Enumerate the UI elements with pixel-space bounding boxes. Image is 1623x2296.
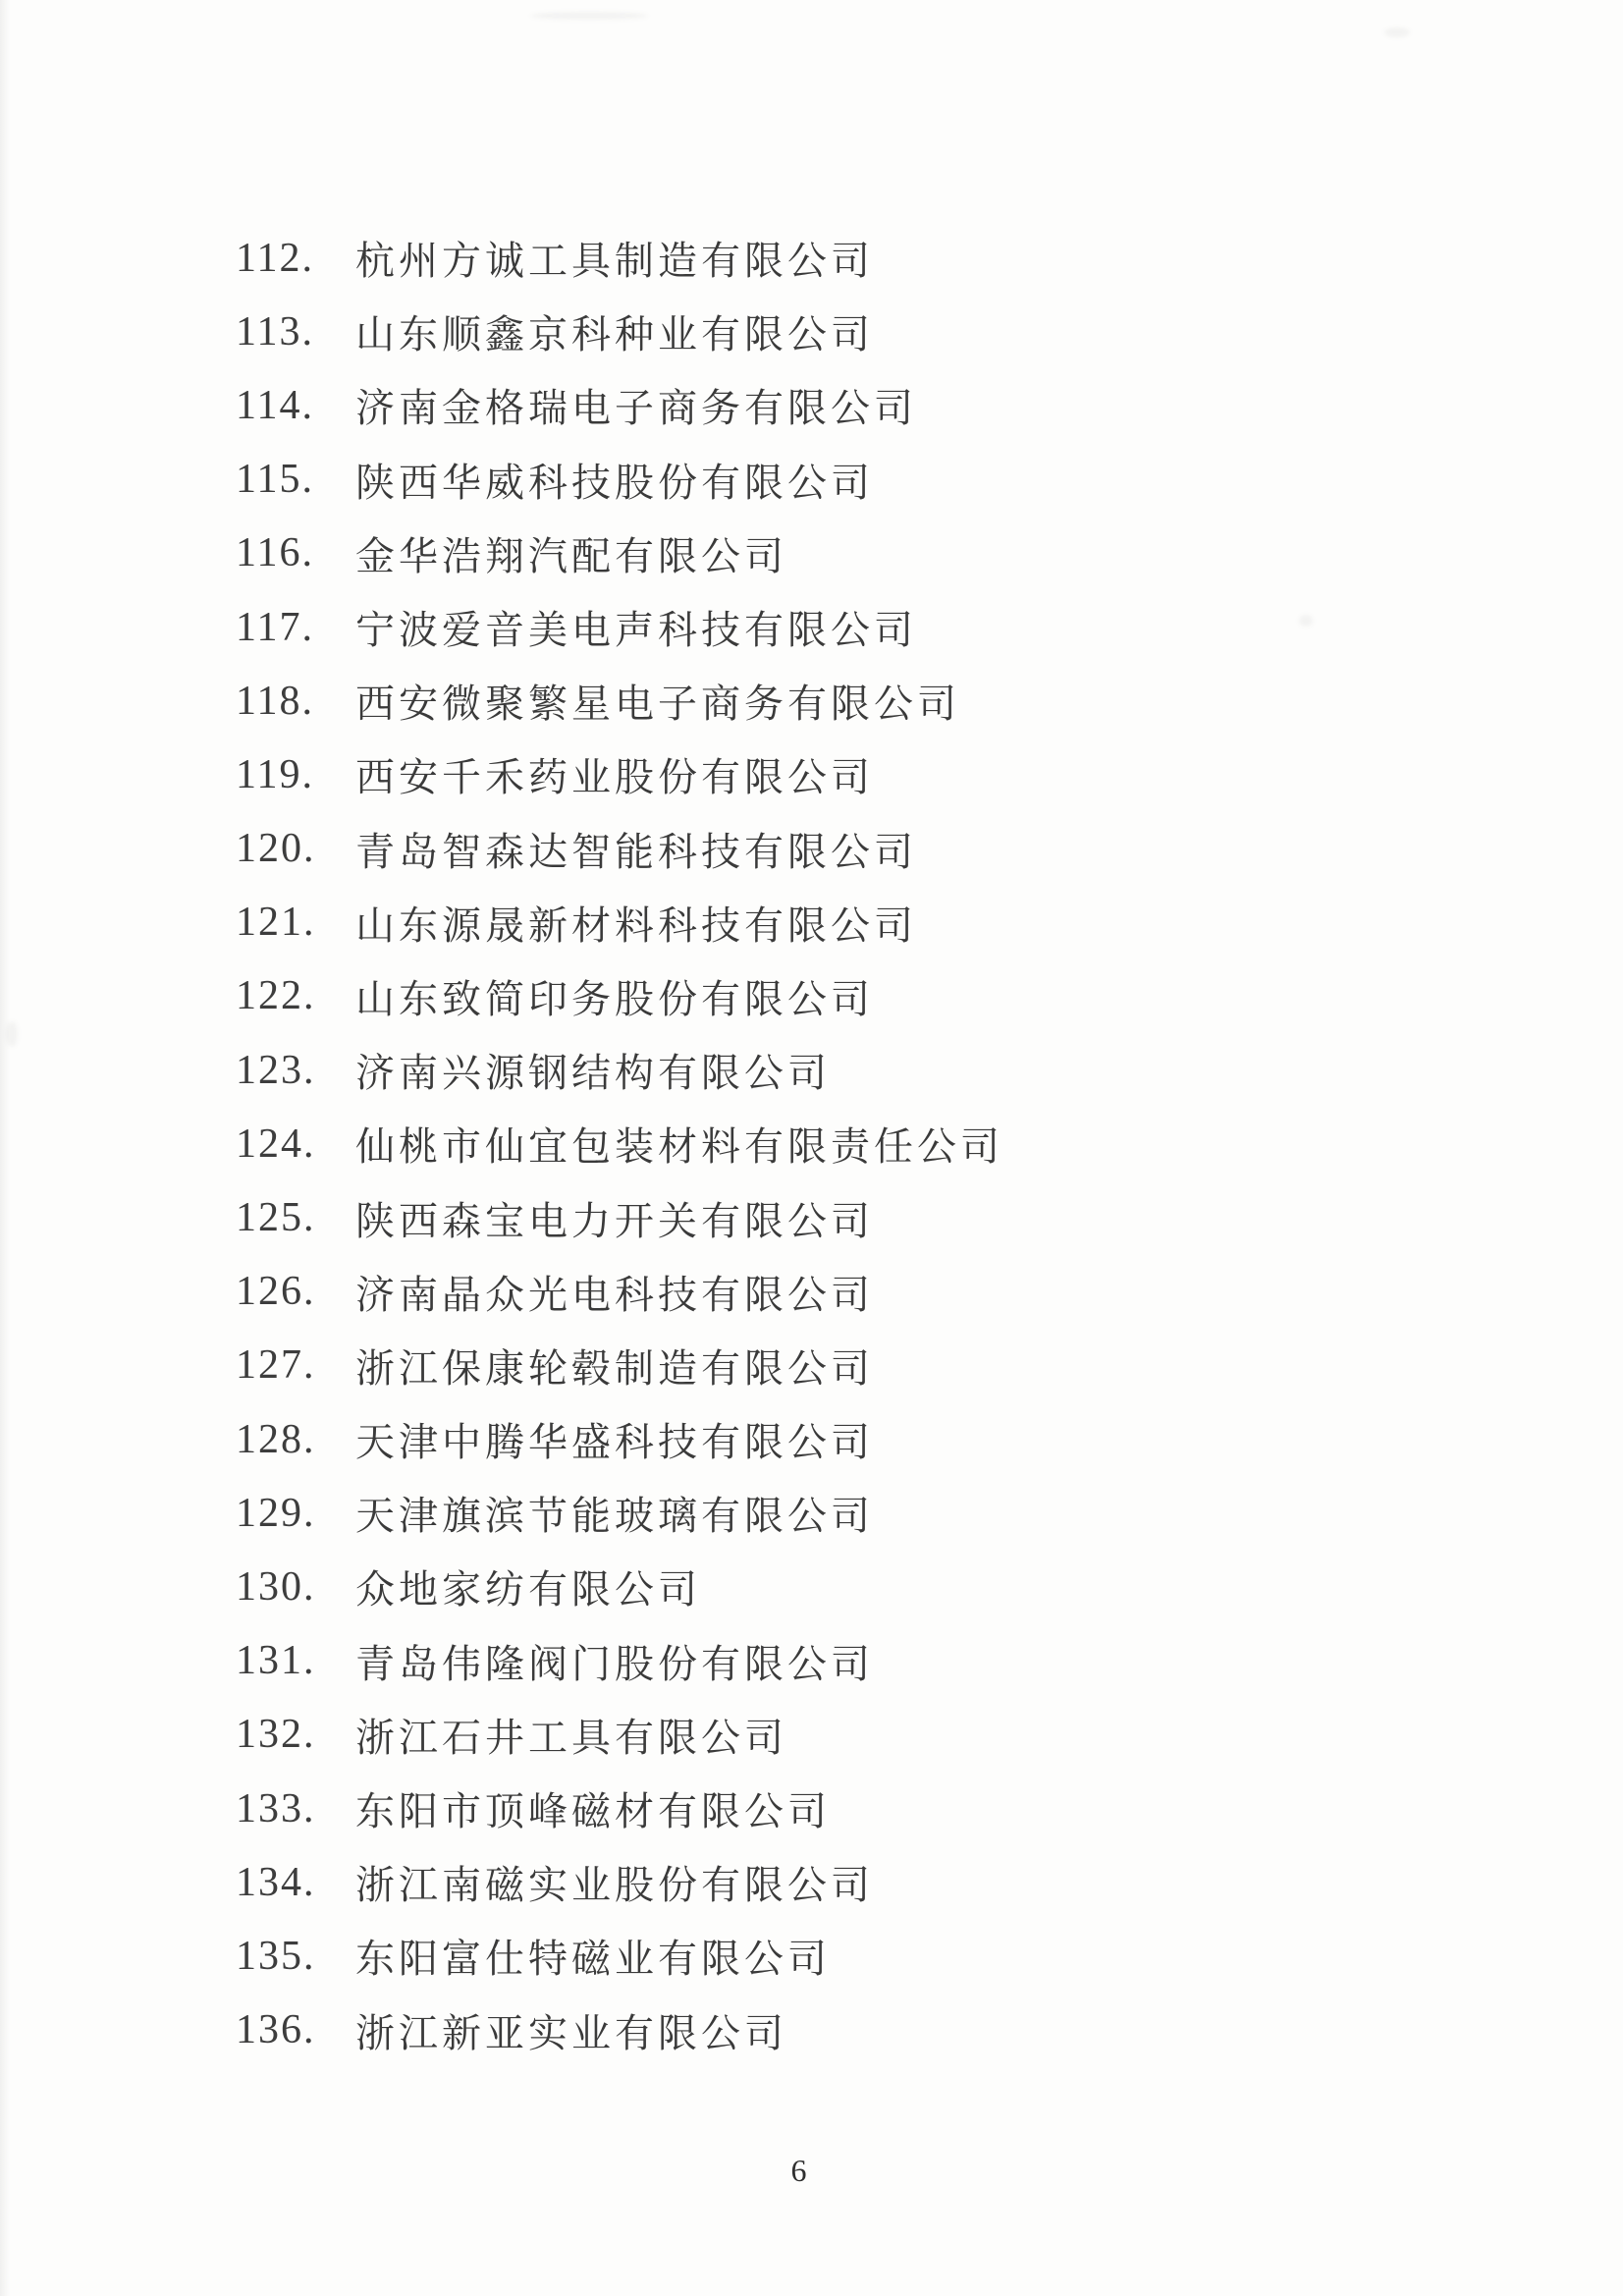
scan-edge-shadow: [0, 0, 10, 2296]
list-item: 135. 东阳富仕特磁业有限公司: [236, 1919, 1512, 1993]
item-number: 136.: [236, 2006, 355, 2053]
scanned-document-page: 112. 杭州方诚工具制造有限公司 113. 山东顺鑫京科种业有限公司 114.…: [0, 0, 1623, 2296]
item-number: 134.: [236, 1859, 355, 1906]
list-item: 127. 浙江保康轮毂制造有限公司: [236, 1329, 1512, 1402]
list-item: 116. 金华浩翔汽配有限公司: [236, 517, 1512, 590]
item-number: 117.: [236, 604, 355, 651]
item-company-name: 宁波爱音美电声科技有限公司: [355, 599, 917, 655]
item-company-name: 青岛伟隆阀门股份有限公司: [355, 1633, 874, 1689]
item-company-name: 济南兴源钢结构有限公司: [355, 1042, 831, 1098]
item-company-name: 浙江南磁实业股份有限公司: [355, 1854, 874, 1910]
item-company-name: 山东顺鑫京科种业有限公司: [355, 303, 874, 359]
scan-speckle: [1384, 27, 1410, 37]
list-item: 118. 西安微聚繁星电子商务有限公司: [236, 664, 1512, 738]
item-number: 114.: [236, 382, 355, 429]
list-item: 132. 浙江石井工具有限公司: [236, 1698, 1512, 1772]
item-company-name: 仙桃市仙宜包装材料有限责任公司: [355, 1116, 1003, 1172]
list-item: 119. 西安千禾药业股份有限公司: [236, 738, 1512, 811]
list-item: 112. 杭州方诚工具制造有限公司: [236, 221, 1512, 295]
list-item: 133. 东阳市顶峰磁材有限公司: [236, 1772, 1512, 1845]
item-number: 121.: [236, 899, 355, 946]
item-company-name: 山东源晟新材料科技有限公司: [355, 895, 917, 951]
list-item: 126. 济南晶众光电科技有限公司: [236, 1255, 1512, 1329]
item-number: 126.: [236, 1268, 355, 1315]
item-company-name: 杭州方诚工具制造有限公司: [355, 230, 874, 286]
item-company-name: 山东致简印务股份有限公司: [355, 968, 874, 1024]
item-number: 112.: [236, 235, 355, 282]
page-number: 6: [791, 2153, 807, 2188]
item-company-name: 天津旗滨节能玻璃有限公司: [355, 1485, 874, 1541]
company-list: 112. 杭州方诚工具制造有限公司 113. 山东顺鑫京科种业有限公司 114.…: [236, 221, 1512, 2067]
item-number: 123.: [236, 1047, 355, 1094]
item-number: 128.: [236, 1416, 355, 1463]
list-item: 130. 众地家纺有限公司: [236, 1550, 1512, 1623]
item-company-name: 浙江石井工具有限公司: [355, 1707, 787, 1763]
item-company-name: 济南金格瑞电子商务有限公司: [355, 377, 917, 433]
item-number: 115.: [236, 456, 355, 503]
list-item: 115. 陕西华威科技股份有限公司: [236, 443, 1512, 517]
item-number: 116.: [236, 529, 355, 576]
list-item: 122. 山东致简印务股份有限公司: [236, 959, 1512, 1033]
item-company-name: 众地家纺有限公司: [355, 1558, 701, 1614]
scan-speckle: [6, 1021, 18, 1047]
list-item: 117. 宁波爱音美电声科技有限公司: [236, 590, 1512, 664]
list-item: 124. 仙桃市仙宜包装材料有限责任公司: [236, 1107, 1512, 1180]
list-item: 113. 山东顺鑫京科种业有限公司: [236, 295, 1512, 368]
list-item: 131. 青岛伟隆阀门股份有限公司: [236, 1624, 1512, 1698]
list-item: 120. 青岛智森达智能科技有限公司: [236, 812, 1512, 886]
list-item: 134. 浙江南磁实业股份有限公司: [236, 1845, 1512, 1919]
item-number: 118.: [236, 678, 355, 725]
list-item: 114. 济南金格瑞电子商务有限公司: [236, 368, 1512, 442]
item-number: 125.: [236, 1194, 355, 1241]
item-number: 120.: [236, 825, 355, 872]
list-item: 136. 浙江新亚实业有限公司: [236, 1994, 1512, 2067]
item-number: 119.: [236, 751, 355, 798]
item-company-name: 浙江保康轮毂制造有限公司: [355, 1338, 874, 1394]
item-number: 113.: [236, 308, 355, 355]
item-company-name: 济南晶众光电科技有限公司: [355, 1264, 874, 1320]
item-number: 133.: [236, 1785, 355, 1832]
item-number: 122.: [236, 972, 355, 1019]
item-number: 132.: [236, 1711, 355, 1758]
list-item: 129. 天津旗滨节能玻璃有限公司: [236, 1476, 1512, 1550]
list-item: 123. 济南兴源钢结构有限公司: [236, 1033, 1512, 1107]
item-number: 129.: [236, 1490, 355, 1537]
scan-speckle: [530, 12, 648, 20]
item-company-name: 西安微聚繁星电子商务有限公司: [355, 673, 960, 729]
item-number: 127.: [236, 1341, 355, 1389]
list-item: 121. 山东源晟新材料科技有限公司: [236, 886, 1512, 959]
item-company-name: 浙江新亚实业有限公司: [355, 2002, 787, 2058]
item-company-name: 青岛智森达智能科技有限公司: [355, 821, 917, 877]
item-number: 131.: [236, 1637, 355, 1684]
item-company-name: 西安千禾药业股份有限公司: [355, 746, 874, 802]
item-company-name: 金华浩翔汽配有限公司: [355, 525, 787, 581]
item-company-name: 东阳富仕特磁业有限公司: [355, 1928, 831, 1984]
list-item: 128. 天津中腾华盛科技有限公司: [236, 1402, 1512, 1476]
item-number: 130.: [236, 1563, 355, 1611]
item-company-name: 陕西森宝电力开关有限公司: [355, 1190, 874, 1246]
item-company-name: 东阳市顶峰磁材有限公司: [355, 1780, 831, 1836]
item-company-name: 陕西华威科技股份有限公司: [355, 452, 874, 508]
list-item: 125. 陕西森宝电力开关有限公司: [236, 1180, 1512, 1254]
item-company-name: 天津中腾华盛科技有限公司: [355, 1411, 874, 1467]
page-footer: 6: [0, 2153, 1610, 2189]
item-number: 124.: [236, 1121, 355, 1168]
item-number: 135.: [236, 1933, 355, 1980]
